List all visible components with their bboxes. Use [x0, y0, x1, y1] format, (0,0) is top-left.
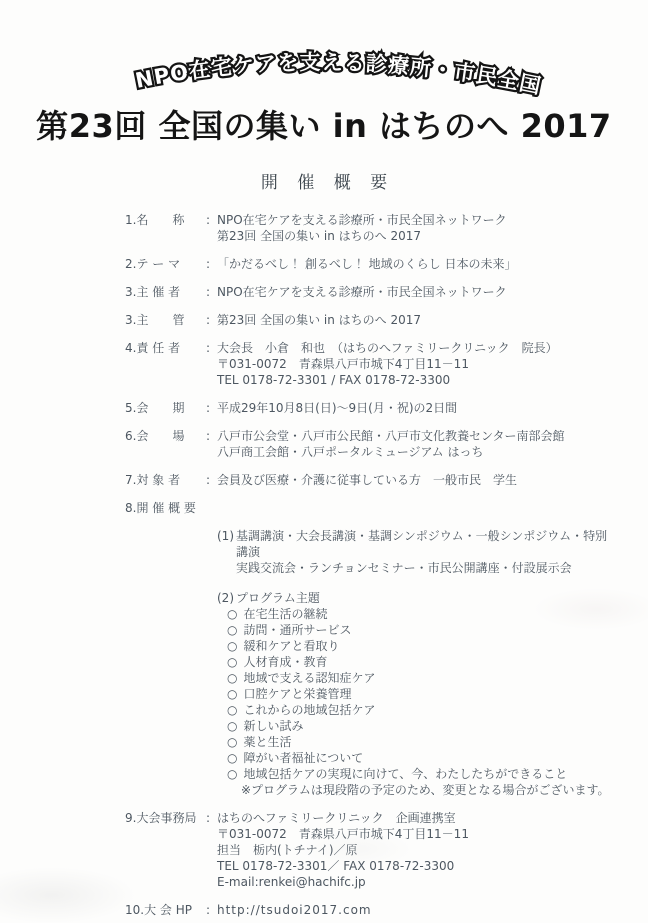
email-text: E-mail:renkei@hachifc.jp — [217, 874, 618, 890]
item-label: 2.テ ー マ — [125, 256, 199, 272]
content-line: NPO在宅ケアを支える診療所・市民全国ネットワーク — [217, 212, 618, 228]
item-label: 10.大 会 HP — [125, 902, 199, 918]
content-line: 基調講演・大会長講演・基調シンポジウム・一般シンポジウム・特別講演 — [236, 528, 618, 560]
banner: NPO在宅ケアを支える診療所・市民全国ネットワーク — [0, 0, 648, 106]
content-line: 会員及び医療・介護に従事している方 一般市民 学生 — [217, 472, 618, 488]
program-topic: ○ 緩和ケアと看取り — [227, 638, 618, 654]
item-label: 3.主 催 者 — [125, 284, 199, 300]
program-topic: ○ 地域包括ケアの実現に向けて、今、わたしたちができること — [227, 766, 618, 782]
item-name: 1.名 称 : NPO在宅ケアを支える診療所・市民全国ネットワーク 第23回 全… — [125, 212, 618, 244]
topic-label: これからの地域包括ケア — [243, 702, 375, 718]
topic-label: 口腔ケアと栄養管理 — [243, 686, 351, 702]
block-marker: (1) — [217, 528, 236, 576]
item-theme: 2.テ ー マ : 「かだるべし！ 創るべし！ 地域のくらし 日本の未来」 — [125, 256, 618, 272]
item-content: NPO在宅ケアを支える診療所・市民全国ネットワーク — [217, 284, 618, 300]
document-page: NPO在宅ケアを支える診療所・市民全国ネットワーク 第23回 全国の集い in … — [0, 0, 648, 923]
content-line: 「かだるべし！ 創るべし！ 地域のくらし 日本の未来」 — [217, 256, 618, 272]
item-colon: : — [199, 810, 217, 826]
item-content: NPO在宅ケアを支える診療所・市民全国ネットワーク 第23回 全国の集い in … — [217, 212, 618, 244]
topic-label: 訪問・通所サービス — [243, 622, 351, 638]
content-line: 八戸商工会館・八戸ポータルミュージアム はっち — [217, 444, 618, 460]
content-line: 八戸市公会堂・八戸市公民館・八戸市文化教養センター南部会館 — [217, 428, 618, 444]
item-content: 第23回 全国の集い in はちのへ 2017 — [217, 312, 618, 328]
program-topic: ○ 口腔ケアと栄養管理 — [227, 686, 618, 702]
item-label: 8.開 催 概 要 — [125, 500, 199, 516]
item-colon: : — [199, 340, 217, 356]
circle-bullet-icon: ○ — [227, 734, 237, 750]
program-title: プログラム主題 — [236, 590, 320, 606]
website-url: http://tsudoi2017.com — [217, 902, 618, 918]
overview-list: 1.名 称 : NPO在宅ケアを支える診療所・市民全国ネットワーク 第23回 全… — [125, 212, 618, 918]
topic-label: 地域包括ケアの実現に向けて、今、わたしたちができること — [243, 766, 567, 782]
tel-fax: TEL 0178-72-3301／ FAX 0178-72-3300 — [217, 858, 618, 874]
circle-bullet-icon: ○ — [227, 718, 237, 734]
program-topic: ○ 地域で支える認知症ケア — [227, 670, 618, 686]
topic-label: 緩和ケアと看取り — [243, 638, 339, 654]
item-label: 3.主 管 — [125, 312, 199, 328]
tel-fax: TEL 0178-72-3301 / FAX 0178-72-3300 — [217, 372, 618, 388]
item-colon: : — [199, 256, 217, 272]
item-label: 5.会 期 — [125, 400, 199, 416]
item-content: 「かだるべし！ 創るべし！ 地域のくらし 日本の未来」 — [217, 256, 618, 272]
item-colon: : — [199, 902, 217, 918]
circle-bullet-icon: ○ — [227, 766, 237, 782]
program-note: ※プログラムは現段階の予定のため、変更となる場合がございます。 — [241, 782, 618, 798]
banner-arc-text: NPO在宅ケアを支える診療所・市民全国ネットワーク — [123, 44, 544, 99]
topic-label: 在宅生活の継続 — [243, 606, 327, 622]
overview-block-2: (2) プログラム主題 ○ 在宅生活の継続 ○ 訪問・通所サービス ○ 緩和ケア… — [217, 590, 618, 798]
program-topic: ○ 新しい試み — [227, 718, 618, 734]
block-marker: (2) — [217, 590, 236, 606]
item-event-overview: 8.開 催 概 要 — [125, 500, 618, 516]
page-title: 第23回 全国の集い in はちのへ 2017 — [0, 106, 648, 146]
content-line: はちのへファミリークリニック 企画連携室 — [217, 810, 618, 826]
topic-label: 地域で支える認知症ケア — [243, 670, 375, 686]
circle-bullet-icon: ○ — [227, 638, 237, 654]
topic-label: 薬と生活 — [243, 734, 291, 750]
content-line: 大会長 小倉 和也 （はちのへファミリークリニック 院長） — [217, 340, 618, 356]
circle-bullet-icon: ○ — [227, 686, 237, 702]
item-label: 7.対 象 者 — [125, 472, 199, 488]
content-line: 実践交流会・ランチョンセミナー・市民公開講座・付設展示会 — [236, 560, 618, 576]
program-topic: ○ 在宅生活の継続 — [227, 606, 618, 622]
program-topic: ○ これからの地域包括ケア — [227, 702, 618, 718]
overview-block-1: (1) 基調講演・大会長講演・基調シンポジウム・一般シンポジウム・特別講演 実践… — [217, 528, 618, 576]
item-responsible: 4.責 任 者 : 大会長 小倉 和也 （はちのへファミリークリニック 院長） … — [125, 340, 618, 388]
item-organizer: 3.主 催 者 : NPO在宅ケアを支える診療所・市民全国ネットワーク — [125, 284, 618, 300]
item-venue: 6.会 場 : 八戸市公会堂・八戸市公民館・八戸市文化教養センター南部会館 八戸… — [125, 428, 618, 460]
section-heading: 開 催 概 要 — [0, 172, 648, 194]
item-content: 平成29年10月8日(日)～9日(月・祝)の2日間 — [217, 400, 618, 416]
item-colon: : — [199, 284, 217, 300]
circle-bullet-icon: ○ — [227, 606, 237, 622]
topic-label: 障がい者福祉について — [243, 750, 363, 766]
content-line: 第23回 全国の集い in はちのへ 2017 — [217, 228, 618, 244]
item-colon: : — [199, 428, 217, 444]
topic-label: 人材育成・教育 — [243, 654, 327, 670]
item-content: 会員及び医療・介護に従事している方 一般市民 学生 — [217, 472, 618, 488]
contact-person: 担当 栃内(トチナイ)／原 — [217, 842, 618, 858]
item-colon: : — [199, 212, 217, 228]
program-topic: ○ 訪問・通所サービス — [227, 622, 618, 638]
banner-arc: NPO在宅ケアを支える診療所・市民全国ネットワーク — [123, 44, 553, 106]
item-management: 3.主 管 : 第23回 全国の集い in はちのへ 2017 — [125, 312, 618, 328]
circle-bullet-icon: ○ — [227, 750, 237, 766]
content-line: 第23回 全国の集い in はちのへ 2017 — [217, 312, 618, 328]
item-label: 6.会 場 — [125, 428, 199, 444]
content-line: NPO在宅ケアを支える診療所・市民全国ネットワーク — [217, 284, 618, 300]
item-content: http://tsudoi2017.com — [217, 902, 618, 918]
item-colon: : — [199, 472, 217, 488]
content-line: 平成29年10月8日(日)～9日(月・祝)の2日間 — [217, 400, 618, 416]
item-content: はちのへファミリークリニック 企画連携室 〒031-0072 青森県八戸市城下4… — [217, 810, 618, 890]
item-content: 大会長 小倉 和也 （はちのへファミリークリニック 院長） 〒031-0072 … — [217, 340, 618, 388]
circle-bullet-icon: ○ — [227, 702, 237, 718]
item-colon: : — [199, 400, 217, 416]
postal-address: 〒031-0072 青森県八戸市城下4丁目11－11 — [217, 826, 618, 842]
postal-address: 〒031-0072 青森県八戸市城下4丁目11－11 — [217, 356, 618, 372]
item-label: 1.名 称 — [125, 212, 199, 228]
circle-bullet-icon: ○ — [227, 654, 237, 670]
item-secretariat: 9.大会事務局 : はちのへファミリークリニック 企画連携室 〒031-0072… — [125, 810, 618, 890]
item-colon: : — [199, 312, 217, 328]
program-topic: ○ 薬と生活 — [227, 734, 618, 750]
block-content: 基調講演・大会長講演・基調シンポジウム・一般シンポジウム・特別講演 実践交流会・… — [236, 528, 618, 576]
item-audience: 7.対 象 者 : 会員及び医療・介護に従事している方 一般市民 学生 — [125, 472, 618, 488]
program-topic: ○ 障がい者福祉について — [227, 750, 618, 766]
topic-label: 新しい試み — [243, 718, 303, 734]
circle-bullet-icon: ○ — [227, 622, 237, 638]
item-label: 9.大会事務局 — [125, 810, 199, 826]
program-title-line: (2) プログラム主題 — [217, 590, 618, 606]
item-website: 10.大 会 HP : http://tsudoi2017.com — [125, 902, 618, 918]
item-dates: 5.会 期 : 平成29年10月8日(日)～9日(月・祝)の2日間 — [125, 400, 618, 416]
item-label: 4.責 任 者 — [125, 340, 199, 356]
circle-bullet-icon: ○ — [227, 670, 237, 686]
program-topic: ○ 人材育成・教育 — [227, 654, 618, 670]
item-content: 八戸市公会堂・八戸市公民館・八戸市文化教養センター南部会館 八戸商工会館・八戸ポ… — [217, 428, 618, 460]
